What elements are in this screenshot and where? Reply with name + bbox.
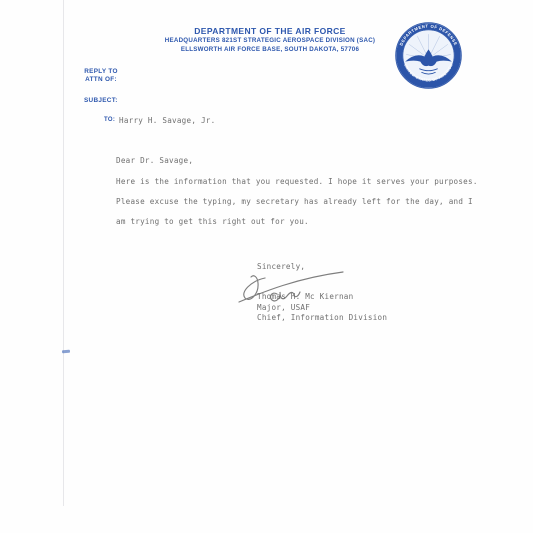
scanned-letter-page: DEPARTMENT OF THE AIR FORCE HEADQUARTERS… <box>0 0 533 533</box>
signer-name: Thomas H. Mc Kiernan <box>257 292 353 301</box>
body-line-2: Please excuse the typing, my secretary h… <box>116 197 473 206</box>
body-line-3: am trying to get this right out for you. <box>116 217 309 226</box>
reply-to-line: REPLY TO <box>84 68 118 76</box>
to-label: TO: <box>104 116 115 124</box>
salutation: Dear Dr. Savage, <box>116 156 193 165</box>
page-left-edge <box>63 0 64 506</box>
body-line-1: Here is the information that you request… <box>116 177 478 186</box>
attn-of-line: ATTN OF: <box>84 76 118 84</box>
signer-rank: Major, USAF <box>257 303 310 312</box>
subject-label: SUBJECT: <box>84 97 118 105</box>
air-force-seal: DEPARTMENT OF DEFENSE UNITED STATES OF A… <box>395 22 462 89</box>
signer-title: Chief, Information Division <box>257 313 387 322</box>
reply-to-attn-label: REPLY TO ATTN OF: <box>84 68 118 84</box>
recipient-name: Harry H. Savage, Jr. <box>119 116 215 125</box>
staple-mark <box>62 350 70 354</box>
